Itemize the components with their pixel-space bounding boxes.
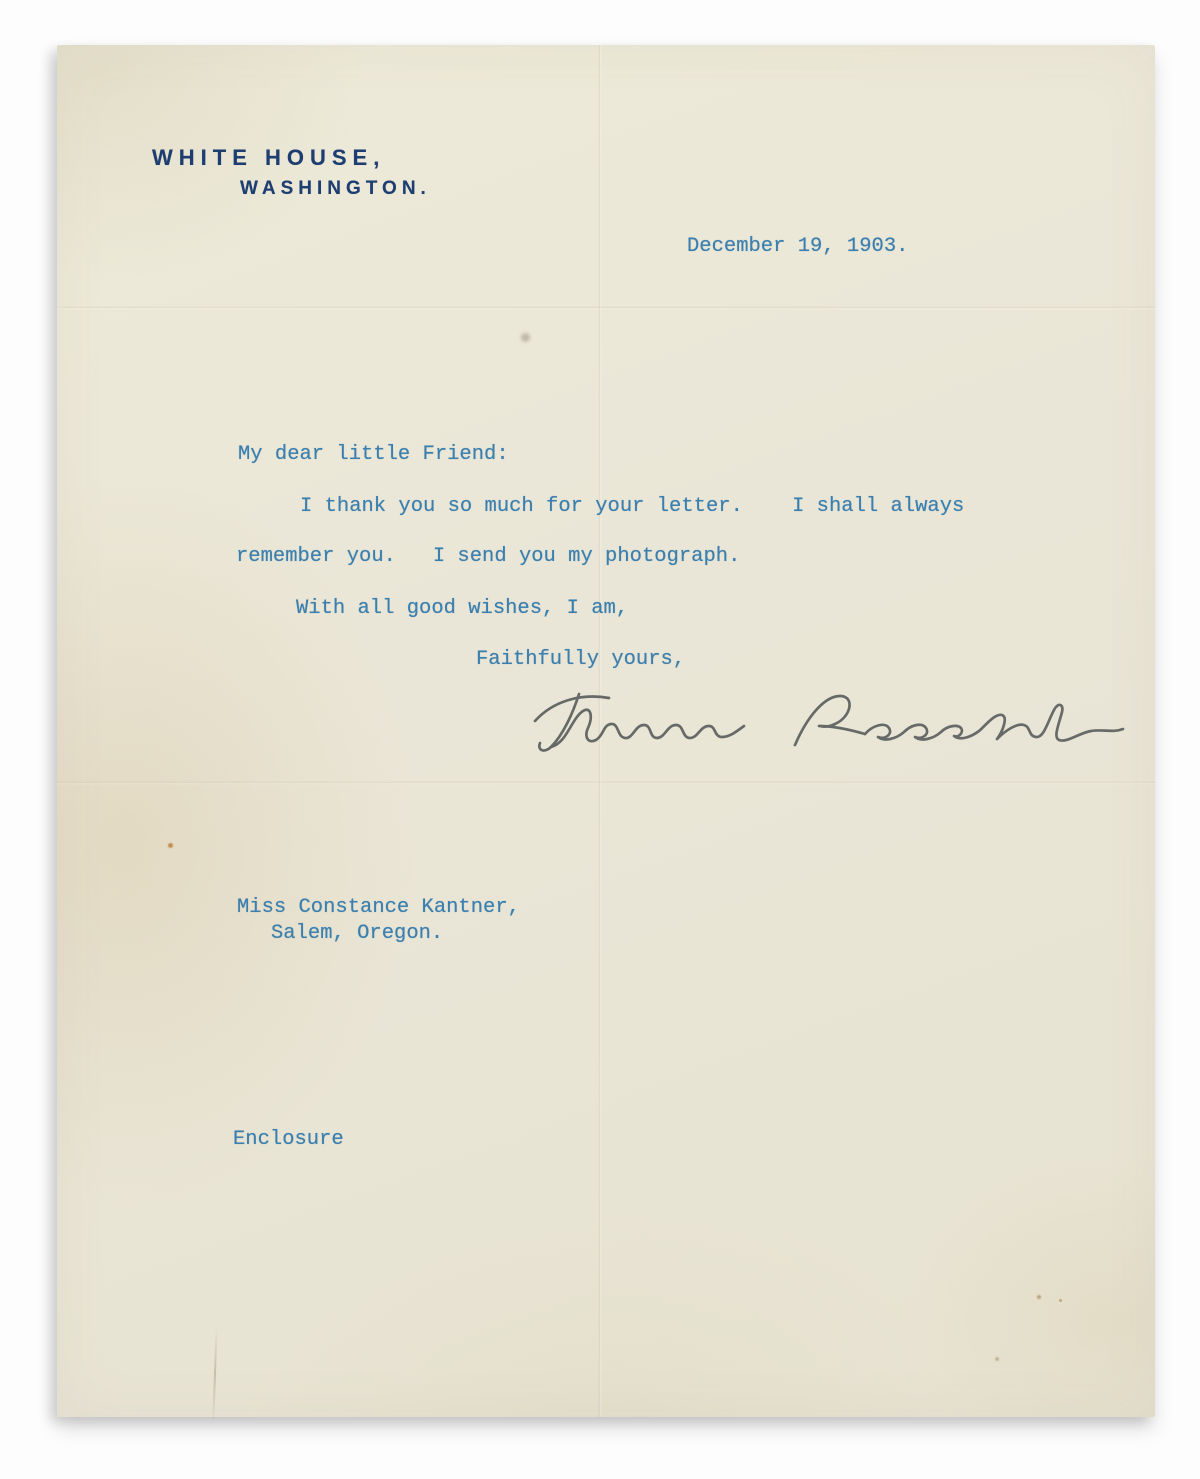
pencil-scratch [212,1327,217,1419]
signature-ink-strokes [523,681,1131,773]
stain-spot [168,843,173,848]
signature-theodore-roosevelt: Theodore Roosevelt [523,681,1131,773]
closing-line: Faithfully yours, [476,648,685,671]
salutation: My dear little Friend: [238,443,509,466]
enclosure-notation: Enclosure [233,1128,344,1151]
stain-spot [521,333,530,342]
horizontal-fold-crease-upper [57,306,1155,310]
recipient-name: Miss Constance Kantner, [237,896,520,919]
body-line-1: I thank you so much for your letter. I s… [300,495,964,518]
letter-sheet: WHITE HOUSE, WASHINGTON. December 19, 19… [57,45,1155,1417]
horizontal-fold-crease-lower [57,781,1155,785]
foxing-spot [1059,1299,1062,1302]
letter-photo: WHITE HOUSE, WASHINGTON. December 19, 19… [0,0,1200,1479]
foxing-spot [995,1357,999,1361]
date-line: December 19, 1903. [687,235,908,258]
body-line-2: remember you. I send you my photograph. [236,545,740,568]
recipient-address: Salem, Oregon. [271,922,443,945]
foxing-spot [1037,1295,1041,1299]
letterhead-line-1: WHITE HOUSE, [152,145,385,171]
body-line-3: With all good wishes, I am, [296,597,628,620]
letterhead-line-2: WASHINGTON. [240,178,431,200]
